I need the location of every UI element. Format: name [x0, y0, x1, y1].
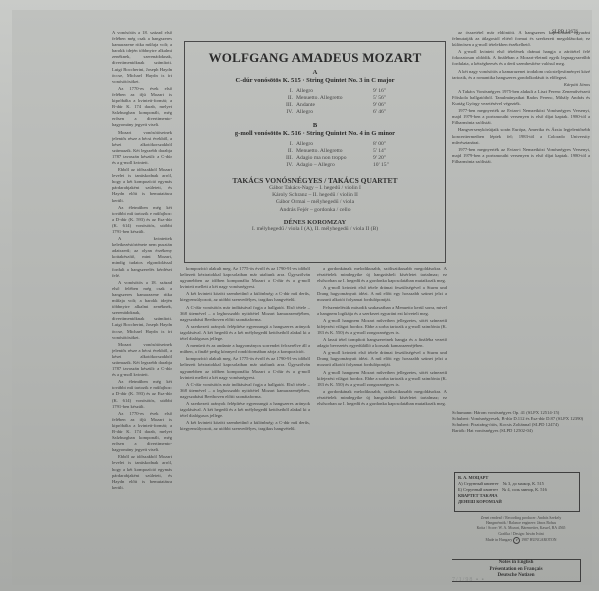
- movement-row: I.Allegro9' 16": [273, 88, 403, 95]
- paragraph: Az életműben még két további mű tartozik…: [112, 379, 172, 409]
- guest-performer-name: DÉNES KOROMZAY: [185, 219, 445, 226]
- copyright-line: Made in Hungary P 1987 HUNGAROTON: [452, 537, 590, 544]
- paragraph: A vonósötös a 18. század első felében mé…: [112, 30, 172, 85]
- russian-guest: ДЕНЕШ КОРОМЗАЙ: [458, 499, 576, 505]
- paragraph: A Takács Vonósnégyes 1975-ben alakult a …: [452, 89, 590, 107]
- paragraph: a gordonkának melodikusabb, szólisztikus…: [317, 266, 447, 284]
- liner-notes-column-1: A vonósötös a 18. század első felében mé…: [112, 30, 172, 591]
- movement-row: III.Adagio ma non troppo9' 20": [273, 155, 403, 162]
- movement-row: II.Menuetto. Allegretto5' 56": [273, 95, 403, 102]
- side-a-label: A: [185, 69, 445, 76]
- paragraph: Felszentelésük második szakaszában a Men…: [317, 305, 447, 317]
- paragraph: 1977-ben megnyerték az Evian-i Nemzetköz…: [452, 108, 590, 126]
- paragraph: A két kvintett között szembetűnő a külön…: [180, 420, 310, 432]
- paragraph: Az 1770-es évek első felében az ifjú Moz…: [112, 411, 172, 454]
- paragraph: a gordonkának melodikusabb, szólisztikus…: [317, 389, 447, 407]
- paragraph: 1977-ben megnyerték az Evian-i Nemzetköz…: [452, 147, 590, 165]
- paragraph: A két kvintett között szembetűnő a külön…: [180, 291, 310, 303]
- paragraph: A kvintettek keletkezéstörténete nem pus…: [112, 236, 172, 279]
- paragraph: A g-moll hangnem Mozart műveiben jellegz…: [317, 370, 447, 388]
- movement-row: I.Allegro8' 00": [273, 141, 403, 148]
- paragraph: A lassú tétel tompított hangszereinek ha…: [317, 337, 447, 349]
- paragraph: A g-moll hangnem Mozart műveiben jellegz…: [317, 318, 447, 336]
- paragraph: A C-dúr vonósötös már indításával fogja …: [180, 305, 310, 323]
- side-a-work-title: C-dúr vonósötös K. 515 · String Quintet …: [185, 77, 445, 84]
- paragraph: Ebből az időszakból Mozart levelei is ta…: [112, 454, 172, 491]
- paragraph: A szerkezeti arányok felépítése egyenran…: [180, 401, 310, 419]
- critic-signature: Kárpáti János: [452, 82, 590, 88]
- album-back-cover: SLPD 12676 A vonósötös a 18. század első…: [12, 10, 592, 585]
- paragraph: A g-moll kvintett első tételének drámai …: [452, 49, 590, 67]
- paragraph: A szerkezeti arányok felépítése egyenran…: [180, 324, 310, 342]
- member-line: Gábor Ormai – mélyhegedű / viola: [185, 199, 445, 206]
- faded-stamp: 7/1/98 ▪ ▪: [452, 577, 485, 583]
- side-b-label: B: [185, 122, 445, 129]
- paragraph: kompozíció alakult meg. Az 1775-ös évről…: [180, 356, 310, 380]
- movement-row: II.Menuetto. Allegretto5' 14": [273, 148, 403, 155]
- production-credits: Zenei rendező / Recording producer: Andr…: [452, 516, 590, 544]
- ensemble-name: TAKÁCS VONÓSNÉGYES / TAKÁCS QUARTET: [185, 176, 445, 185]
- paragraph: A két nagy vonósötös a kamarazenei iroda…: [452, 69, 590, 81]
- guest-performer-role: I. mélyhegedű / viola I (A), II. mélyheg…: [185, 226, 445, 232]
- paragraph: A menüett és az andante a hagyományos so…: [180, 343, 310, 355]
- movement-row: IV.Allegro6' 46": [273, 109, 403, 116]
- phonogram-copyright-icon: P: [513, 537, 520, 544]
- paragraph: Az 1770-es évek első felében az ifjú Moz…: [112, 86, 172, 129]
- liner-notes-column-4: az összetétel már eldöntött. A hangszere…: [452, 30, 590, 408]
- discography-list: Schumann: Három vonósnégyes Op. 41 (SLPX…: [452, 410, 590, 434]
- paragraph: Ebből az időszakból Mozart levelei is ta…: [112, 167, 172, 204]
- paragraph: Mozart vonósötöseinek jelentős része a b…: [112, 342, 172, 379]
- paragraph: Mozart vonósötöseinek jelentős része a b…: [112, 130, 172, 167]
- side-b-work-title: g-moll vonósötös K. 516 · String Quintet…: [185, 130, 445, 137]
- composer-title: WOLFGANG AMADEUS MOZART: [185, 50, 445, 66]
- movement-row: IV.Adagio – Allegro10' 15": [273, 162, 403, 169]
- paragraph: A g-moll kvintett első tétele drámai fes…: [317, 350, 447, 368]
- member-line: András Fejér – gordonka / cello: [185, 207, 445, 214]
- movement-row: III.Andante9' 06": [273, 102, 403, 109]
- paragraph: Hangversenykörútjaik során Európa, Ameri…: [452, 127, 590, 145]
- side-a-movement-list: I.Allegro9' 16" II.Menuetto. Allegretto5…: [185, 88, 445, 116]
- russian-summary-box: В. А. МОЦАРТ А) Струнный квинтет№ 3, до …: [454, 472, 580, 512]
- member-line: Gábor Takács-Nagy – I. hegedű / violin I: [185, 185, 445, 192]
- member-line: Károly Schranz – II. hegedű / violin II: [185, 192, 445, 199]
- paragraph: A g-moll kvintett első tétele drámai fes…: [317, 285, 447, 303]
- paragraph: A C-dúr vonósötös már indításával fogja …: [180, 382, 310, 400]
- paragraph: A vonósötös a 18. század első felében mé…: [112, 280, 172, 341]
- liner-notes-column-2: kompozíció alakult meg. Az 1775-ös évről…: [180, 266, 310, 591]
- side-b-movement-list: I.Allegro8' 00" II.Menuetto. Allegretto5…: [185, 141, 445, 169]
- liner-notes-column-3: a gordonkának melodikusabb, szólisztikus…: [317, 266, 447, 591]
- paragraph: Az életműben még két további mű tartozik…: [112, 205, 172, 235]
- paragraph: kompozíció alakult meg. Az 1775-ös évről…: [180, 266, 310, 290]
- discography-item: Bartók: Hat vonósnégyes (SLPD 12502-04): [452, 428, 590, 434]
- program-box: WOLFGANG AMADEUS MOZART A C-dúr vonósötö…: [184, 41, 446, 263]
- paragraph: az összetétel már eldöntött. A hangszere…: [452, 30, 590, 48]
